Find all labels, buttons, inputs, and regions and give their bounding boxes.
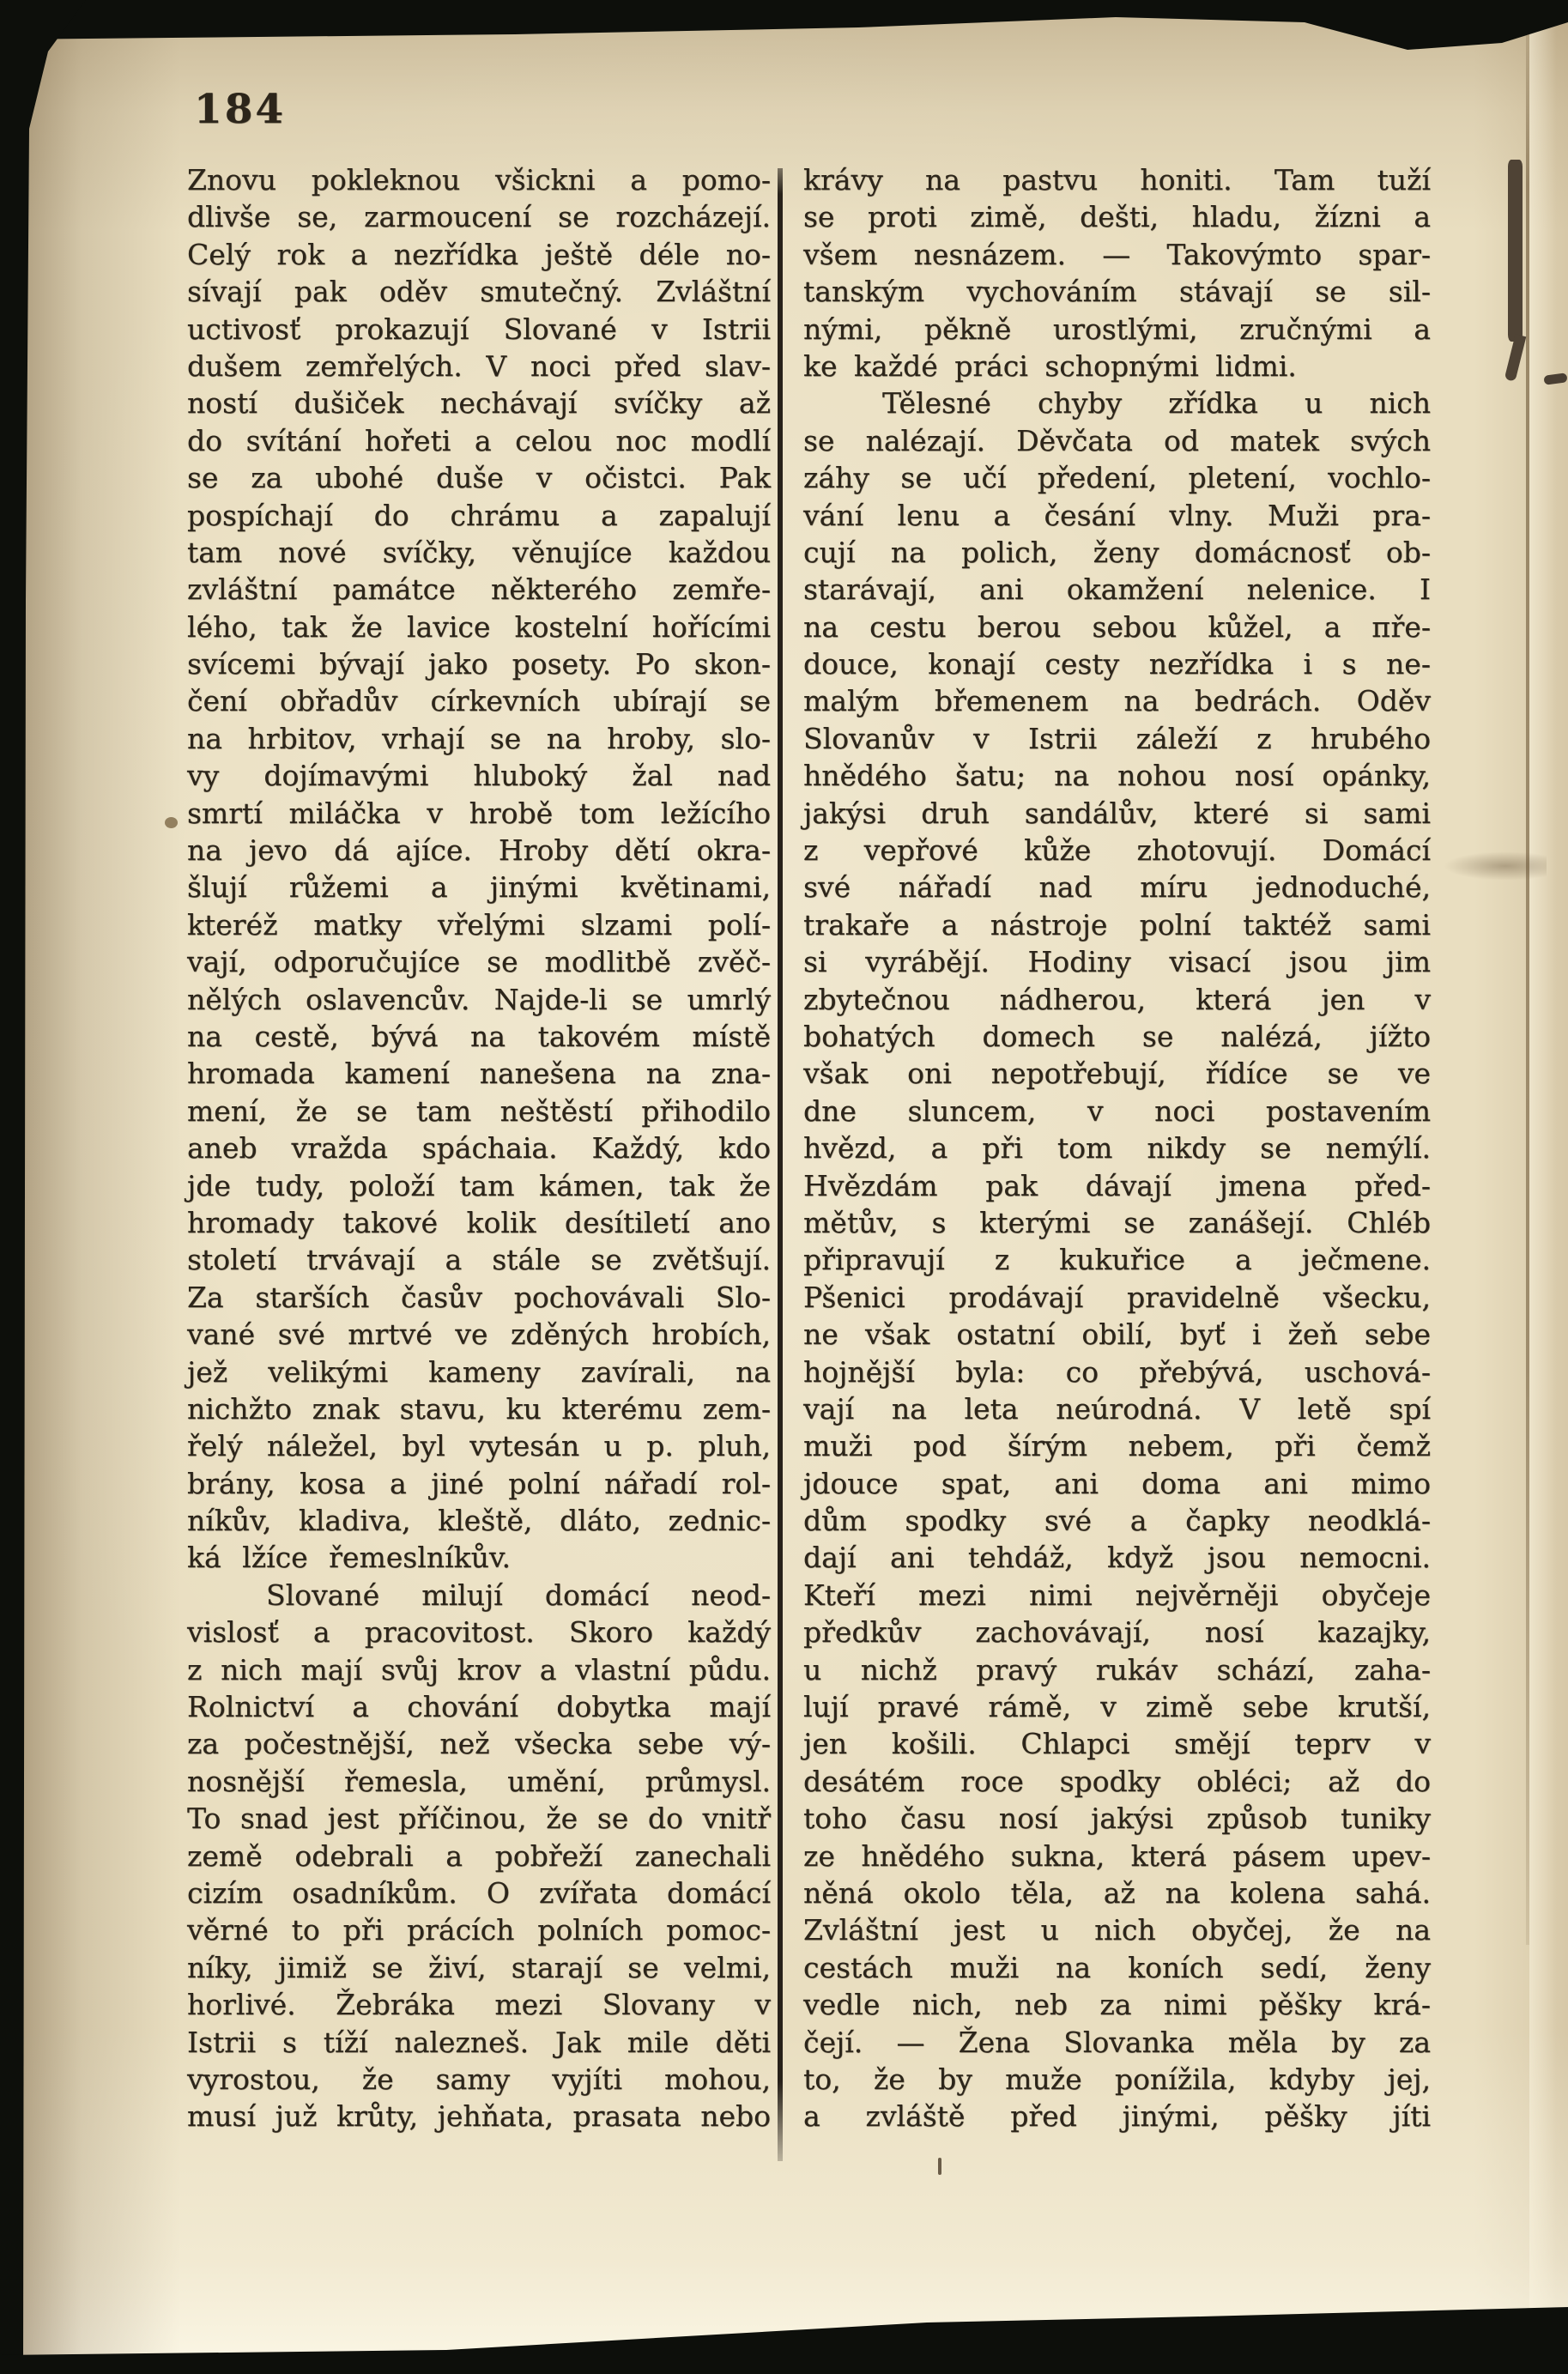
text-line: jde tudy, položí tam kámen, tak že (187, 1167, 771, 1204)
text-line: ze hnědého sukna, která pásem upev- (803, 1838, 1431, 1874)
text-line: cizím osadníkům. O zvířata domácí (187, 1874, 771, 1911)
text-line: cestách muži na koních sedí, ženy (803, 1949, 1431, 1986)
text-line: Rolnictví a chování dobytka mají (187, 1688, 771, 1725)
text-line: něná okolo těla, až na kolena sahá. (803, 1874, 1431, 1911)
text-line: dlivše se, zarmoucení se rozcházejí. (187, 198, 771, 235)
text-line: na cestě, bývá na takovém místě (187, 1018, 771, 1055)
text-line: nosnější řemesla, umění, průmysl. (187, 1763, 771, 1800)
text-line: jdouce spat, ani doma ani mimo (803, 1465, 1431, 1502)
text-line: muži pod šírým nebem, při čemž (803, 1427, 1431, 1464)
text-line: mětův, s kterými se zanášejí. Chléb (803, 1204, 1431, 1241)
text-line: jakýsi druh sandálův, které si sami (803, 795, 1431, 832)
ink-spot (165, 817, 178, 828)
text-line: hojnější byla: co přebývá, uschová- (803, 1354, 1431, 1390)
text-line: Slovanův v Istrii záleží z hrubého (803, 720, 1431, 757)
text-line: to, že by muže ponížila, kdyby jej, (803, 2061, 1431, 2098)
text-line: věrné to při prácích polních pomoc- (187, 1911, 771, 1948)
text-line: horlivé. Žebráka mezi Slovany v (187, 1986, 771, 2023)
text-line: však oni nepotřebují, řídíce se ve (803, 1055, 1431, 1092)
text-line: uctivosť prokazují Slované v Istrii (187, 311, 771, 348)
text-line: se za ubohé duše v očistci. Pak (187, 459, 771, 496)
text-line: ke každé práci schopnými lidmi. (803, 348, 1431, 385)
text-line: krávy na pastvu honiti. Tam tuží (803, 161, 1431, 198)
gutter-ink-mark-tail (1504, 334, 1527, 382)
text-line: připravují z kukuřice a ječmene. (803, 1241, 1431, 1278)
text-line: smrtí miláčka v hrobě tom ležícího (187, 795, 771, 832)
text-line: záhy se učí předení, pletení, vochlo- (803, 459, 1431, 496)
text-line: tam nové svíčky, věnujíce každou (187, 534, 771, 571)
text-line: desátém roce spodky obléci; až do (803, 1763, 1431, 1800)
text-line: hnědého šatu; na nohou nosí opánky, (803, 757, 1431, 794)
text-line: vání lenu a česání vlny. Muži pra- (803, 497, 1431, 534)
text-line: u nichž pravý rukáv schází, zaha- (803, 1651, 1431, 1688)
text-line: jen košili. Chlapci smějí teprv v (803, 1725, 1431, 1762)
text-line: vané své mrtvé ve zděných hrobích, (187, 1316, 771, 1353)
text-line: čení obřadův církevních ubírají se (187, 682, 771, 719)
text-line: Istrii s tíží nalezneš. Jak mile děti (187, 2024, 771, 2061)
text-line: vislosť a pracovitost. Skoro každý (187, 1614, 771, 1650)
text-line: za počestnější, než všecka sebe vý- (187, 1725, 771, 1762)
text-line: pospíchají do chrámu a zapalují (187, 497, 771, 534)
text-line: zvláštní památce některého zemře- (187, 571, 771, 608)
text-line: čejí. — Žena Slovanka měla by za (803, 2024, 1431, 2061)
text-line: To snad jest příčinou, že se do vnitř (187, 1800, 771, 1837)
text-line: jež velikými kameny zavírali, na (187, 1354, 771, 1390)
text-line: na jevo dá ajíce. Hroby dětí okra- (187, 832, 771, 869)
text-line: malým břemenem na bedrách. Oděv (803, 682, 1431, 719)
text-line: Slované milují domácí neod- (187, 1577, 771, 1614)
text-line: na cestu berou sebou kůžel, a пře- (803, 609, 1431, 645)
page-number: 184 (194, 86, 286, 133)
text-line: se proti zimě, dešti, hladu, žízni a (803, 198, 1431, 235)
text-line: bohatých domech se nalézá, jížto (803, 1018, 1431, 1055)
text-line: vy dojímavými hluboký žal nad (187, 757, 771, 794)
text-line: níky, jimiž se živí, starají se velmi, (187, 1949, 771, 1986)
text-line: toho času nosí jakýsi způsob tuniky (803, 1800, 1431, 1837)
text-line: hvězd, a při tom nikdy se nemýlí. (803, 1129, 1431, 1166)
text-line: hromady takové kolik desítiletí ano (187, 1204, 771, 1241)
stray-ink-tick (938, 2158, 941, 2175)
book-page-scan: 184 Znovu pokleknou všickni a pomo-dlivš… (0, 0, 1568, 2374)
text-line: zbytečnou nádherou, která jen v (803, 981, 1431, 1018)
page-edge-strip (1529, 15, 1568, 2309)
text-line: Za starších časův pochovávali Slo- (187, 1279, 771, 1316)
text-line: Pšenici prodávají pravidelně všecku, (803, 1279, 1431, 1316)
text-line: řelý náležel, byl vytesán u p. pluh, (187, 1427, 771, 1464)
text-column-right: krávy na pastvu honiti. Tam tužíse proti… (803, 161, 1431, 2135)
text-line: se nalézají. Děvčata od matek svých (803, 422, 1431, 459)
fold-dimple (1444, 851, 1547, 881)
text-line: ností dušiček nechávají svíčky až (187, 385, 771, 421)
text-line: všem nesnázem. — Takovýmto spar- (803, 236, 1431, 273)
text-line: kteréž matky vřelými slzami polí- (187, 906, 771, 943)
text-line: své nářadí nad míru jednoduché, (803, 869, 1431, 905)
text-line: vyrostou, že samy vyjíti mohou, (187, 2061, 771, 2098)
text-line: z nich mají svůj krov a vlastní půdu. (187, 1651, 771, 1688)
text-line: Hvězdám pak dávají jmena před- (803, 1167, 1431, 1204)
text-line: dům spodky své a čapky neodklá- (803, 1502, 1431, 1539)
text-line: douce, konají cesty nezřídka i s ne- (803, 645, 1431, 682)
text-line: mení, že se tam neštěstí přihodilo (187, 1093, 771, 1129)
text-line: ne však ostatní obilí, byť i žeň sebe (803, 1316, 1431, 1353)
text-line: Kteří mezi nimi nejvěrněji obyčeje (803, 1577, 1431, 1614)
text-line: vají na leta neúrodná. V letě spí (803, 1390, 1431, 1427)
text-line: si vyrábějí. Hodiny visací jsou jim (803, 943, 1431, 980)
text-line: níkův, kladiva, kleště, dláto, zednic- (187, 1502, 771, 1539)
text-line: vají, odporučujíce se modlitbě zvěč- (187, 943, 771, 980)
text-line: dne sluncem, v noci postavením (803, 1093, 1431, 1129)
text-line: Znovu pokleknou všickni a pomo- (187, 161, 771, 198)
text-line: Zvláštní jest u nich obyčej, že na (803, 1911, 1431, 1948)
text-line: sívají pak oděv smutečný. Zvláštní (187, 273, 771, 310)
text-line: z vepřové kůže zhotovují. Domácí (803, 832, 1431, 869)
column-divider-rule (778, 168, 783, 2161)
text-line: nými, pěkně urostlými, zručnými a (803, 311, 1431, 348)
text-line: vedle nich, neb za nimi pěšky krá- (803, 1986, 1431, 2023)
text-line: ká lžíce řemeslníkův. (187, 1539, 771, 1576)
text-line: starávají, ani okamžení nelenice. I (803, 571, 1431, 608)
text-line: lého, tak že lavice kostelní hořícími (187, 609, 771, 645)
text-line: země odebrali a pobřeží zanechali (187, 1838, 771, 1874)
text-line: dají ani tehdáž, když jsou nemocni. (803, 1539, 1431, 1576)
text-line: aneb vražda spáchaia. Každý, kdo (187, 1129, 771, 1166)
text-line: Celý rok a nezřídka ještě déle no- (187, 236, 771, 273)
text-line: dušem zemřelých. V noci před slav- (187, 348, 771, 385)
text-line: brány, kosa a jiné polní nářadí rol- (187, 1465, 771, 1502)
text-line: šlují růžemi a jinými květinami, (187, 869, 771, 905)
text-line: hromada kamení nanešena na zna- (187, 1055, 771, 1092)
text-line: nichžto znak stavu, ku kterému zem- (187, 1390, 771, 1427)
text-line: lují pravé rámě, v zimě sebe krutší, (803, 1688, 1431, 1725)
gutter-ink-mark (1508, 160, 1523, 342)
text-line: trakaře a nástroje polní taktéž sami (803, 906, 1431, 943)
text-line: do svítání hořeti a celou noc modlí (187, 422, 771, 459)
text-line: Tělesné chyby zřídka u nich (803, 385, 1431, 421)
text-column-left: Znovu pokleknou všickni a pomo-dlivše se… (187, 161, 771, 2135)
text-line: cují na polich, ženy domácnosť ob- (803, 534, 1431, 571)
text-line: nělých oslavencův. Najde-li se umrlý (187, 981, 771, 1018)
text-line: století trvávají a stále se zvětšují. (187, 1241, 771, 1278)
text-line: musí juž krůty, jehňata, prasata nebo (187, 2098, 771, 2135)
text-line: a zvláště před jinými, pěšky jíti (803, 2098, 1431, 2135)
text-line: tanským vychováním stávají se sil- (803, 273, 1431, 310)
page-paper: 184 Znovu pokleknou všickni a pomo-dlivš… (0, 0, 1568, 2374)
text-line: na hrbitov, vrhají se na hroby, slo- (187, 720, 771, 757)
text-line: svícemi bývají jako posety. Po skon- (187, 645, 771, 682)
text-line: předkův zachovávají, nosí kazajky, (803, 1614, 1431, 1650)
